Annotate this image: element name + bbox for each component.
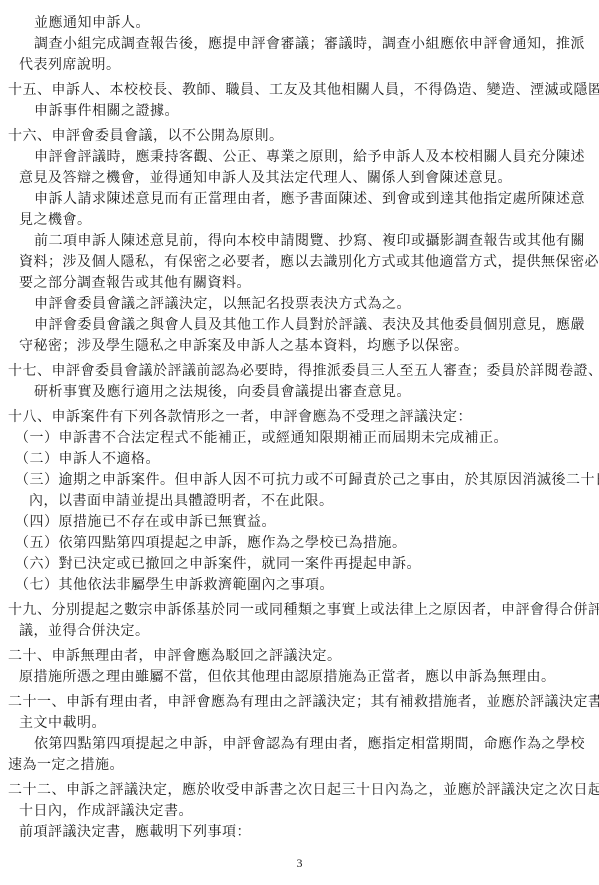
document-line-subitem-5: （五）依第四點第四項提起之申訴，應作為之學校已為措施。 xyxy=(0,533,599,554)
document-line-item-15: 十五、申訴人、本校校長、教師、職員、工友及其他相關人員，不得偽造、變造、湮滅或隱… xyxy=(0,80,599,101)
document-line: 前項評議決定書，應載明下列事項： xyxy=(0,822,599,843)
document-line: 見之機會。 xyxy=(0,210,599,231)
document-line: 資料；涉及個人隱私，有保密之必要者，應以去識別化方式或其他適當方式，提供無保密必 xyxy=(0,252,599,273)
document-line: 調查小組完成調查報告後，應提申評會審議；審議時，調查小組應依申評會通知，推派 xyxy=(0,34,599,55)
document-line: 守秘密；涉及學生隱私之申訴案及申訴人之基本資料，均應予以保密。 xyxy=(0,336,599,357)
document-line: 代表列席說明。 xyxy=(0,55,599,76)
document-page: 並應通知申訴人。 調查小組完成調查報告後，應提申評會審議；審議時，調查小組應依申… xyxy=(0,0,599,843)
document-line-item-20: 二十、申訴無理由者，申評會應為駁回之評議決定。 xyxy=(0,646,599,667)
document-line-item-19: 十九、分別提起之數宗申訴係基於同一或同種類之事實上或法律上之原因者，申評會得合併… xyxy=(0,600,599,621)
document-line-subitem-6: （六）對已決定或已撤回之申訴案件，就同一案件再提起申訴。 xyxy=(0,554,599,575)
document-line: 申評會評議時，應秉持客觀、公正、專業之原則，給予申訴人及本校相關人員充分陳述 xyxy=(0,147,599,168)
document-line-item-22: 二十二、申訴之評議決定，應於收受申訴書之次日起三十日內為之，並應於評議決定之次日… xyxy=(0,780,599,801)
document-line: 意見及答辯之機會，並得通知申訴人及其法定代理人、關係人到會陳述意見。 xyxy=(0,168,599,189)
document-line-subitem-3: （三）逾期之申訴案件。但申訴人因不可抗力或不可歸責於己之事由，於其原因消滅後二十… xyxy=(0,470,599,491)
document-line: 原措施所憑之理由雖屬不當，但依其他理由認原措施為正當者，應以申訴為無理由。 xyxy=(0,667,599,688)
document-line-subitem-7: （七）其他依法非屬學生申訴救濟範圍內之事項。 xyxy=(0,575,599,596)
document-line: 議，並得合併決定。 xyxy=(0,621,599,642)
document-line: 速為一定之措施。 xyxy=(0,755,599,776)
document-line: 內，以書面申請並提出具體證明者，不在此限。 xyxy=(0,491,599,512)
document-line: 並應通知申訴人。 xyxy=(0,13,599,34)
document-line-subitem-2: （二）申訴人不適格。 xyxy=(0,449,599,470)
document-line-item-21: 二十一、申訴有理由者，申評會應為有理由之評議決定；其有補救措施者，並應於評議決定… xyxy=(0,692,599,713)
document-line-item-16: 十六、申評會委員會議，以不公開為原則。 xyxy=(0,126,599,147)
document-line-subitem-4: （四）原措施已不存在或申訴已無實益。 xyxy=(0,512,599,533)
document-line: 主文中載明。 xyxy=(0,713,599,734)
document-line: 申訴事件相關之證據。 xyxy=(0,101,599,122)
document-line: 要之部分調查報告或其他有關資料。 xyxy=(0,273,599,294)
document-line: 申評會委員會議之與會人員及其他工作人員對於評議、表決及其他委員個別意見，應嚴 xyxy=(0,315,599,336)
document-line-subitem-1: （一）申訴書不合法定程式不能補正，或經通知限期補正而屆期未完成補正。 xyxy=(0,428,599,449)
document-line: 研析事實及應行適用之法規後，向委員會議提出審查意見。 xyxy=(0,382,599,403)
document-line: 依第四點第四項提起之申訴，申評會認為有理由者，應指定相當期間，命應作為之學校 xyxy=(0,734,599,755)
document-line: 十日內，作成評議決定書。 xyxy=(0,801,599,822)
document-line: 申評會委員會議之評議決定，以無記名投票表決方式為之。 xyxy=(0,294,599,315)
document-line-item-18: 十八、申訴案件有下列各款情形之一者，申評會應為不受理之評議決定： xyxy=(0,407,599,428)
document-line: 申訴人請求陳述意見而有正當理由者，應予書面陳述、到會或到達其他指定處所陳述意 xyxy=(0,189,599,210)
document-line: 前二項申訴人陳述意見前，得向本校申請閱覽、抄寫、複印或攝影調查報告或其他有關 xyxy=(0,231,599,252)
page-number: 3 xyxy=(0,856,599,871)
document-line-item-17: 十七、申評會委員會議於評議前認為必要時，得推派委員三人至五人審查；委員於詳閱卷證… xyxy=(0,361,599,382)
